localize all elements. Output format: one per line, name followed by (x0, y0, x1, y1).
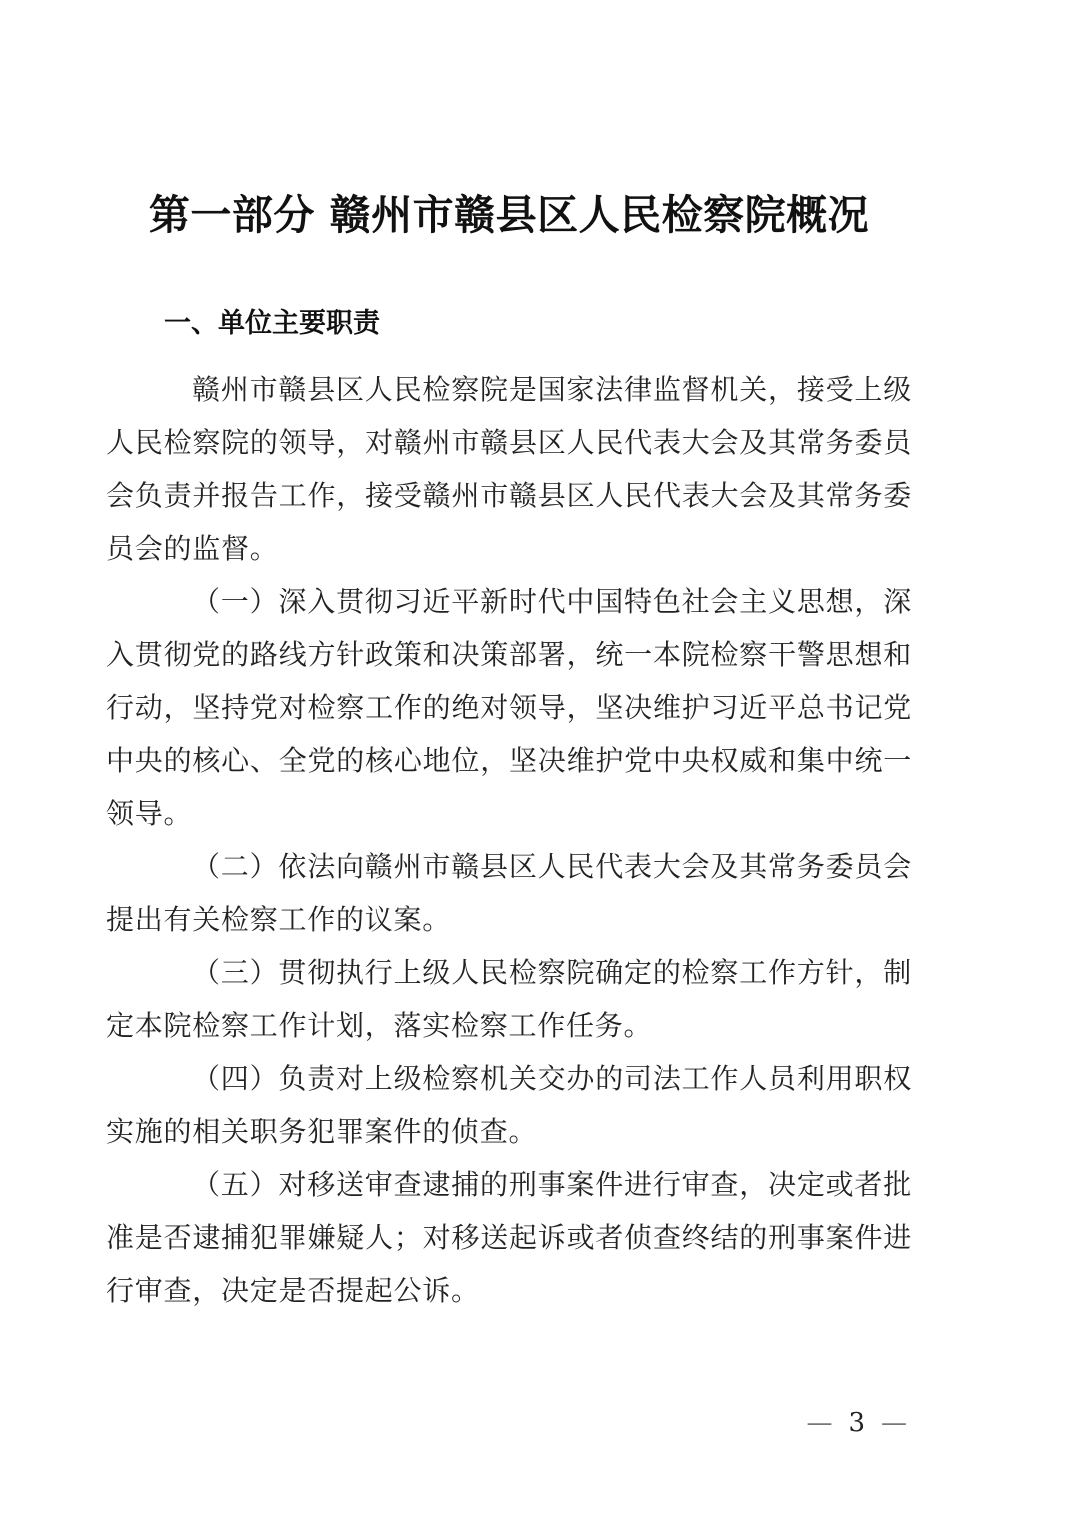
page-footer: — 3 — (806, 1408, 907, 1438)
page-title: 第一部分 赣州市赣县区人民检察院概况 (106, 0, 912, 240)
section-heading: 一、单位主要职责 (106, 310, 912, 338)
footer-dash-left: — (806, 1408, 832, 1438)
paragraph-item-3: （三）贯彻执行上级人民检察院确定的检察工作方针，制定本院检察工作计划，落实检察工… (106, 946, 912, 1052)
page-number: 3 (848, 1408, 865, 1438)
document-page: 第一部分 赣州市赣县区人民检察院概况 一、单位主要职责 赣州市赣县区人民检察院是… (0, 0, 1074, 1520)
paragraph-item-4: （四）负责对上级检察机关交办的司法工作人员利用职权实施的相关职务犯罪案件的侦查。 (106, 1052, 912, 1158)
paragraph-intro: 赣州市赣县区人民检察院是国家法律监督机关，接受上级人民检察院的领导，对赣州市赣县… (106, 363, 912, 575)
document-content: 第一部分 赣州市赣县区人民检察院概况 一、单位主要职责 赣州市赣县区人民检察院是… (106, 0, 912, 1317)
paragraph-item-1: （一）深入贯彻习近平新时代中国特色社会主义思想，深入贯彻党的路线方针政策和决策部… (106, 575, 912, 840)
body-text: 赣州市赣县区人民检察院是国家法律监督机关，接受上级人民检察院的领导，对赣州市赣县… (106, 363, 912, 1317)
footer-dash-right: — (881, 1408, 907, 1438)
paragraph-item-5: （五）对移送审查逮捕的刑事案件进行审查，决定或者批准是否逮捕犯罪嫌疑人；对移送起… (106, 1158, 912, 1317)
paragraph-item-2: （二）依法向赣州市赣县区人民代表大会及其常务委员会提出有关检察工作的议案。 (106, 840, 912, 946)
